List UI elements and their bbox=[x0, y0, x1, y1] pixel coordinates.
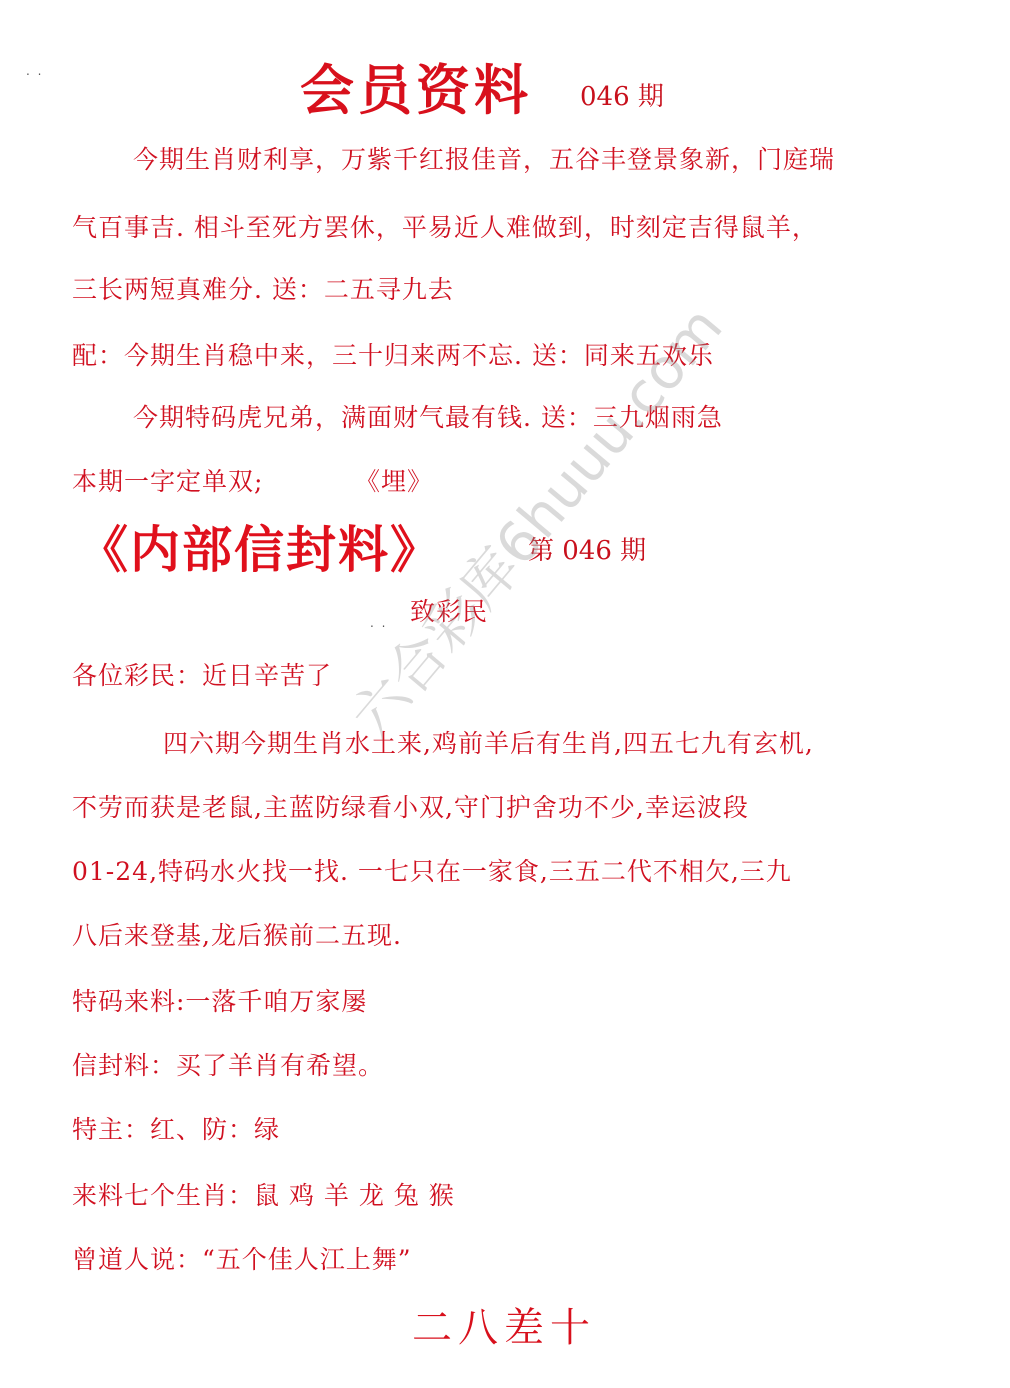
greeting: 各位彩民：近日辛苦了 bbox=[72, 656, 332, 692]
member-info-issue: 046 期 bbox=[580, 76, 664, 113]
seven-zodiac: 来料七个生肖：鼠 鸡 羊 龙 兔 猴 bbox=[72, 1176, 455, 1212]
danshuang-value: 《埋》 bbox=[355, 462, 433, 498]
paragraph-line-2: 气百事吉. 相斗至死方罢休，平易近人难做到，时刻定吉得鼠羊， bbox=[72, 208, 818, 244]
final-phrase: 二八差十 bbox=[412, 1296, 596, 1353]
te-zhu: 特主：红、防：绿 bbox=[72, 1110, 280, 1146]
poem-line-4: 八后来登基,龙后猴前二五现. bbox=[72, 916, 402, 952]
danshuang-label: 本期一字定单双; bbox=[72, 462, 263, 498]
poem-line-3: 01-24,特码水火找一找. 一七只在一家食,三五二代不相欠,三九 bbox=[72, 852, 792, 888]
decor-dots-top: . . bbox=[26, 64, 43, 78]
poem-line-2: 不劳而获是老鼠,主蓝防绿看小双,守门护舍功不少,幸运波段 bbox=[72, 788, 749, 824]
member-info-title: 会员资料 bbox=[300, 48, 532, 125]
xinfeng-liao: 信封料：买了羊肖有希望。 bbox=[72, 1046, 384, 1082]
paragraph-line-1: 今期生肖财利享，万紫千红报佳音，五谷丰登景象新，门庭瑞 bbox=[133, 140, 835, 176]
decor-dots-mid: . . bbox=[370, 616, 387, 630]
paragraph-line-3: 三长两短真难分. 送：二五寻九去 bbox=[72, 270, 454, 306]
envelope-title: 《内部信封料》 bbox=[78, 510, 442, 582]
poem-line-1: 四六期今期生肖水土来,鸡前羊后有生肖,四五七九有玄机, bbox=[163, 724, 814, 760]
tema-laoliao: 特码来料:一落千咱万家屡 bbox=[72, 982, 367, 1018]
zeng-daoren: 曾道人说：“五个佳人江上舞” bbox=[72, 1240, 412, 1276]
